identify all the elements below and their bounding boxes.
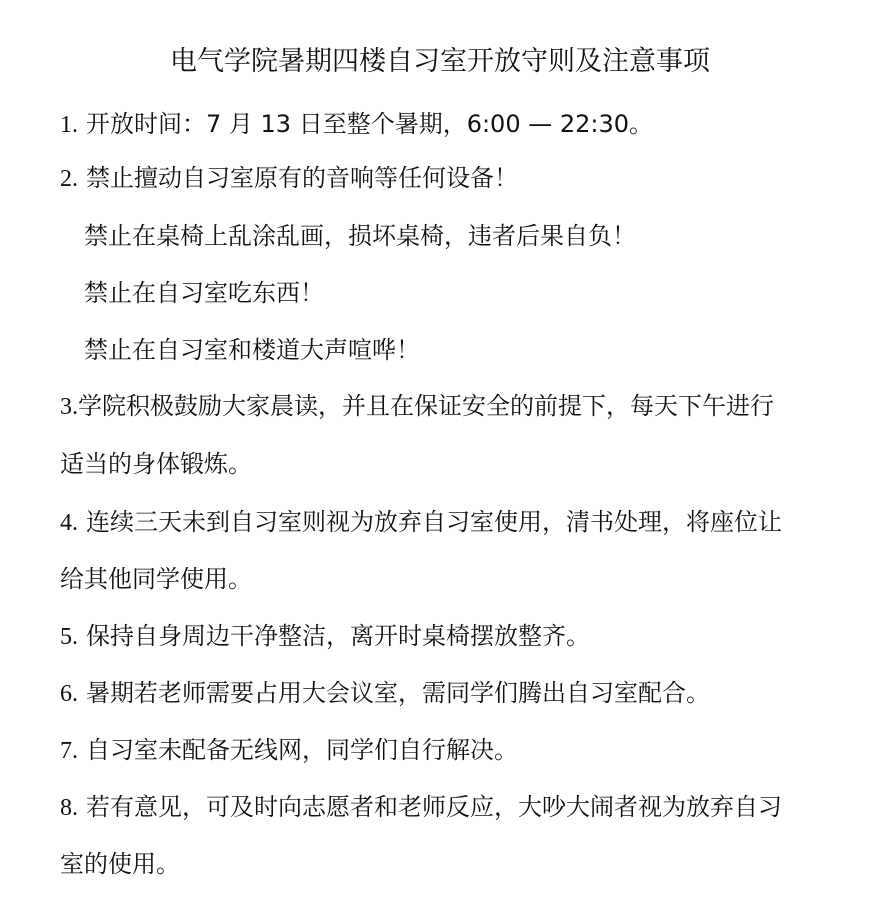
rule-text: 开放时间：7 月 13 日至整个暑期，6:00 — 22:30。 <box>86 110 653 138</box>
rule-text: 室的使用。 <box>60 850 180 878</box>
rule-4-line: 4.连续三天未到自习室则视为放弃自习室使用，清书处理，将座位让 <box>60 505 782 540</box>
rule-2-sub-3: 禁止在自习室和楼道大声喧哗！ <box>84 333 420 367</box>
rule-3-line: 3.学院积极鼓励大家晨读，并且在保证安全的前提下，每天下午进行 <box>60 389 774 424</box>
rule-text: 给其他同学使用。 <box>60 565 252 593</box>
rule-8-continuation: 室的使用。 <box>60 847 180 881</box>
rule-number: 7. <box>60 738 78 764</box>
rule-2-sub-2: 禁止在自习室吃东西！ <box>84 276 324 310</box>
rule-number: 6. <box>60 681 78 707</box>
rule-2-sub-1: 禁止在桌椅上乱涂乱画，损坏桌椅，违者后果自负！ <box>84 219 636 253</box>
notice-document: 电气学院暑期四楼自习室开放守则及注意事项 1.开放时间：7 月 13 日至整个暑… <box>0 0 880 909</box>
rule-number: 4. <box>60 510 78 536</box>
rule-6-line: 6.暑期若老师需要占用大会议室，需同学们腾出自习室配合。 <box>60 676 710 711</box>
rule-text: 学院积极鼓励大家晨读，并且在保证安全的前提下，每天下午进行 <box>78 392 774 420</box>
rule-text: 禁止在自习室吃东西！ <box>84 279 324 307</box>
rule-text: 禁止在桌椅上乱涂乱画，损坏桌椅，违者后果自负！ <box>84 222 636 250</box>
rule-number: 8. <box>60 795 78 821</box>
rule-text: 适当的身体锻炼。 <box>60 450 252 478</box>
rule-5-line: 5.保持自身周边干净整洁，离开时桌椅摆放整齐。 <box>60 619 590 654</box>
document-title: 电气学院暑期四楼自习室开放守则及注意事项 <box>0 42 880 82</box>
rule-4-continuation: 给其他同学使用。 <box>60 562 252 596</box>
rule-2-line: 2.禁止擅动自习室原有的音响等任何设备！ <box>60 161 518 196</box>
rule-number: 2. <box>60 166 78 192</box>
rule-text: 自习室未配备无线网，同学们自行解决。 <box>86 736 518 764</box>
rule-7-line: 7.自习室未配备无线网，同学们自行解决。 <box>60 733 518 768</box>
rule-text: 连续三天未到自习室则视为放弃自习室使用，清书处理，将座位让 <box>86 508 782 536</box>
rule-text: 禁止擅动自习室原有的音响等任何设备！ <box>86 164 518 192</box>
rule-text: 若有意见，可及时向志愿者和老师反应，大吵大闹者视为放弃自习 <box>86 793 782 821</box>
rule-3-continuation: 适当的身体锻炼。 <box>60 447 252 481</box>
rule-1-line: 1.开放时间：7 月 13 日至整个暑期，6:00 — 22:30。 <box>60 107 653 142</box>
rule-text: 暑期若老师需要占用大会议室，需同学们腾出自习室配合。 <box>86 679 710 707</box>
rule-number: 5. <box>60 624 78 650</box>
rule-text: 保持自身周边干净整洁，离开时桌椅摆放整齐。 <box>86 622 590 650</box>
rule-8-line: 8.若有意见，可及时向志愿者和老师反应，大吵大闹者视为放弃自习 <box>60 790 782 825</box>
rule-text: 禁止在自习室和楼道大声喧哗！ <box>84 336 420 364</box>
rule-number: 1. <box>60 112 78 138</box>
rule-number: 3. <box>60 394 78 420</box>
